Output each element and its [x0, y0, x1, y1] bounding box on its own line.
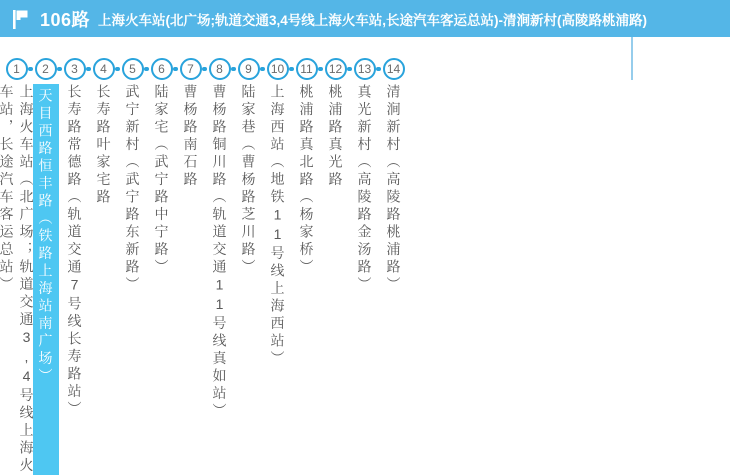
stop-number-badge: 8 — [209, 58, 231, 80]
stop-number-badge: 2 — [35, 58, 57, 80]
stop-item[interactable]: 7 曹杨路南石路 — [176, 58, 205, 475]
stop-item[interactable]: 8 曹杨路铜川路︵轨道交通11号线真如站︶ — [205, 58, 234, 475]
stop-item[interactable]: 6 陆家宅︵武宁路中宁路︶ — [147, 58, 176, 475]
stop-name: 真光新村︵高陵路金汤路︶ — [355, 84, 375, 475]
stop-name: 清涧新村︵高陵路桃浦路︶ — [384, 84, 404, 475]
stop-name: 桃浦路真北路︵杨家桥︶ — [297, 84, 317, 475]
panel-divider-line — [631, 37, 633, 80]
stop-item[interactable]: 4 长寿路叶家宅路 — [89, 58, 118, 475]
stop-item[interactable]: 11 桃浦路真北路︵杨家桥︶ — [292, 58, 321, 475]
stop-number-badge: 13 — [354, 58, 376, 80]
stop-number-badge: 14 — [383, 58, 405, 80]
stop-name: 长寿路叶家宅路 — [94, 84, 114, 475]
stop-item[interactable]: 10 上海西站︵地铁11号线上海西站︶ — [263, 58, 292, 475]
stop-item[interactable]: 1 上海火车站︵北广场；轨道交通3,4号线上海火车站，长途汽车客运总站︶ — [2, 58, 31, 475]
bus-route-page: 106路 上海火车站(北广场;轨道交通3,4号线上海火车站,长途汽车客运总站)-… — [0, 0, 730, 475]
stop-number-badge: 5 — [122, 58, 144, 80]
route-header: 106路 上海火车站(北广场;轨道交通3,4号线上海火车站,长途汽车客运总站)-… — [0, 0, 730, 37]
stop-item[interactable]: 9 陆家巷︵曹杨路芝川路︶ — [234, 58, 263, 475]
stop-number-badge: 7 — [180, 58, 202, 80]
stop-name: 上海西站︵地铁11号线上海西站︶ — [268, 84, 288, 475]
flag-icon — [11, 9, 29, 29]
stop-name: 长寿路常德路︵轨道交通7号线长寿路站︶ — [65, 84, 85, 475]
stop-item[interactable]: 5 武宁新村︵武宁路东新路︶ — [118, 58, 147, 475]
stop-name: 曹杨路南石路 — [181, 84, 201, 475]
stop-number-badge: 11 — [296, 58, 318, 80]
stop-number-badge: 9 — [238, 58, 260, 80]
stop-name: 陆家巷︵曹杨路芝川路︶ — [239, 84, 259, 475]
stop-number-badge: 10 — [267, 58, 289, 80]
stop-number-badge: 4 — [93, 58, 115, 80]
stop-item[interactable]: 14 清涧新村︵高陵路桃浦路︶ — [379, 58, 408, 475]
stop-item[interactable]: 2 天目西路恒丰路︵铁路上海站南广场︶ — [31, 58, 60, 475]
stop-name: 桃浦路真光路 — [326, 84, 346, 475]
stop-number-badge: 1 — [6, 58, 28, 80]
stop-number-badge: 3 — [64, 58, 86, 80]
route-number: 106路 — [40, 6, 90, 32]
stop-item[interactable]: 13 真光新村︵高陵路金汤路︶ — [350, 58, 379, 475]
stop-number-badge: 12 — [325, 58, 347, 80]
stop-number-badge: 6 — [151, 58, 173, 80]
stop-item[interactable]: 3 长寿路常德路︵轨道交通7号线长寿路站︶ — [60, 58, 89, 475]
stop-name: 天目西路恒丰路︵铁路上海站南广场︶ — [33, 84, 59, 475]
stop-name: 曹杨路铜川路︵轨道交通11号线真如站︶ — [210, 84, 230, 475]
route-description: 上海火车站(北广场;轨道交通3,4号线上海火车站,长途汽车客运总站)-清涧新村(… — [98, 9, 647, 29]
stop-name: 陆家宅︵武宁路中宁路︶ — [152, 84, 172, 475]
stop-item[interactable]: 12 桃浦路真光路 — [321, 58, 350, 475]
stops-strip: 1 上海火车站︵北广场；轨道交通3,4号线上海火车站，长途汽车客运总站︶ 2 天… — [2, 58, 408, 475]
stop-name: 武宁新村︵武宁路东新路︶ — [123, 84, 143, 475]
